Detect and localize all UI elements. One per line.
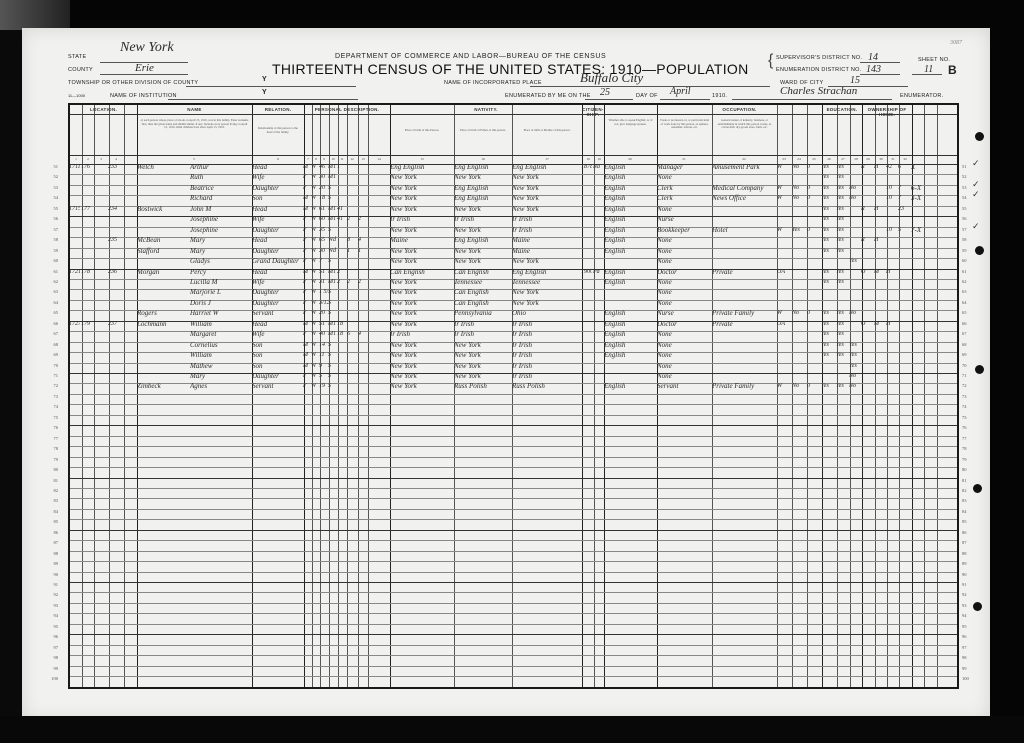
institution-value: Y	[262, 89, 267, 96]
cell-father-birth: Tennessee	[454, 277, 510, 287]
department-title: DEPARTMENT OF COMMERCE AND LABOR—BUREAU …	[335, 53, 606, 60]
cell-relation: Daughter	[252, 225, 300, 235]
cell-school: No	[849, 371, 860, 381]
cell-house: 177	[81, 204, 92, 214]
line-number-right: 55	[962, 206, 978, 211]
header-divider	[70, 114, 957, 115]
cell-read: Yes	[821, 214, 834, 224]
state-value: New York	[120, 40, 174, 56]
cell-relation: Daughter	[252, 298, 300, 308]
cell-farm: 10	[886, 193, 897, 203]
cell-relation: Wife	[252, 172, 300, 182]
cell-language: English	[604, 183, 654, 193]
column-divider	[358, 105, 359, 687]
cell-given: Gladys	[190, 256, 248, 266]
cell-birth: Eng English	[390, 162, 452, 172]
cell-surname: Rogers	[137, 308, 192, 318]
cell-sex: F	[303, 225, 310, 235]
row-divider	[70, 676, 957, 677]
county-line	[100, 74, 188, 75]
institution-label: NAME OF INSTITUTION	[110, 93, 177, 99]
cell-father-birth: New York	[454, 350, 510, 360]
cell-language: English	[604, 340, 654, 350]
row-divider	[70, 592, 957, 593]
column-number: 32	[900, 157, 910, 161]
cell-sex: M	[303, 193, 310, 203]
cell-surname: Welch	[137, 162, 192, 172]
cell-sex: F	[303, 329, 310, 339]
cell-write: Yes	[836, 183, 848, 193]
line-number-right: 89	[962, 561, 978, 566]
cell-read: Yes	[821, 267, 834, 277]
line-number-left: 66	[42, 321, 58, 326]
cell-age: 14	[319, 340, 328, 350]
line-number-right: 87	[962, 540, 978, 545]
cell-mother-birth: Russ Polish	[512, 381, 578, 391]
row-divider	[70, 551, 957, 552]
cell-father-birth: Eng English	[454, 162, 510, 172]
cell-school: Yes	[849, 256, 860, 266]
cell-write: Yes	[836, 246, 848, 256]
cell-father-birth: Can English	[454, 298, 510, 308]
cell-relation: Servant	[252, 308, 300, 318]
cell-language: English	[604, 204, 654, 214]
line-number-right: 65	[962, 310, 978, 315]
row-divider	[70, 519, 957, 520]
ward-line	[828, 86, 908, 87]
cell-age: 61	[319, 204, 328, 214]
cell-sex: F	[303, 381, 310, 391]
cell-birth: New York	[390, 298, 452, 308]
row-divider	[70, 666, 957, 667]
line-number-left: 75	[42, 415, 58, 420]
line-number-left: 95	[42, 624, 58, 629]
cell-mother-birth: Ir Irish	[512, 329, 578, 339]
cell-marital: S	[328, 371, 337, 381]
cell-color: W	[311, 340, 318, 350]
cell-relation: Head	[252, 319, 300, 329]
cell-father-birth: New York	[454, 340, 510, 350]
cell-born-children: 8	[347, 235, 356, 245]
line-number-left: 100	[42, 676, 58, 681]
line-number-left: 76	[42, 425, 58, 430]
cell-write: Yes	[836, 225, 848, 235]
cell-birth: New York	[390, 193, 452, 203]
cell-owned: O	[861, 267, 873, 277]
cell-color: W	[311, 162, 318, 172]
punch-hole	[973, 602, 982, 611]
cell-marital: S	[328, 340, 337, 350]
cell-immig: 1878	[581, 162, 592, 172]
column-divider	[862, 105, 863, 687]
cell-color: W	[311, 204, 318, 214]
section-title-citizenship: CITIZEN-SHIP.	[582, 107, 604, 117]
cell-age: 11	[319, 350, 328, 360]
cell-mother-birth: Tennessee	[512, 277, 578, 287]
cell-mother-birth: Maine	[512, 235, 578, 245]
cell-language: English	[604, 267, 654, 277]
line-number-left: 58	[42, 237, 58, 242]
cell-write: Yes	[836, 204, 848, 214]
cell-industry: News Office	[712, 193, 774, 203]
cell-write: Yes	[836, 308, 848, 318]
line-number-left: 74	[42, 404, 58, 409]
cell-trade: None	[657, 287, 709, 297]
cell-trade: None	[657, 350, 709, 360]
row-divider	[70, 425, 957, 426]
cell-relation: Son	[252, 361, 300, 371]
cell-age: 7	[319, 256, 328, 266]
cell-birth: New York	[390, 371, 452, 381]
column-number: 22	[739, 157, 749, 161]
cell-survivor: X	[911, 162, 941, 172]
cell-color: W	[311, 277, 318, 287]
cell-marital: Wd	[328, 246, 337, 256]
cell-trade: Nurse	[657, 308, 709, 318]
cell-given: Lucilla M	[190, 277, 248, 287]
cell-color: W	[311, 256, 318, 266]
enumerated-label: ENUMERATED BY ME ON THE	[505, 93, 591, 99]
cell-write: Yes	[836, 214, 848, 224]
cell-school: Yes	[849, 340, 860, 350]
cell-trade: None	[657, 329, 709, 339]
line-number-left: 70	[42, 363, 58, 368]
cell-read: Yes	[821, 350, 834, 360]
cell-industry: Private	[712, 319, 774, 329]
line-number-left: 98	[42, 655, 58, 660]
cell-write: Yes	[836, 172, 848, 182]
cell-emp: W	[777, 308, 789, 318]
punch-hole	[975, 365, 984, 374]
cell-surname: Lochmann	[137, 319, 192, 329]
cell-color: W	[311, 361, 318, 371]
cell-weeks: 0	[807, 162, 819, 172]
cell-relation: Daughter	[252, 371, 300, 381]
cell-read: Yes	[821, 308, 834, 318]
cell-father-birth: Eng English	[454, 235, 510, 245]
cell-father-birth: Pennsylvania	[454, 308, 510, 318]
cell-birth: New York	[390, 340, 452, 350]
cell-farm: 42	[886, 162, 897, 172]
line-number-right: 71	[962, 373, 978, 378]
cell-mother-birth: Ir Irish	[512, 319, 578, 329]
line-number-right: 97	[962, 645, 978, 650]
cell-trade: None	[657, 298, 709, 308]
sheet-value: 11	[924, 64, 933, 75]
cell-given: Mary	[190, 235, 248, 245]
cell-write: Yes	[836, 329, 848, 339]
line-number-left: 86	[42, 530, 58, 535]
cell-age: 46	[319, 162, 328, 172]
row-divider	[70, 582, 957, 583]
check-mark-icon: ✓	[972, 189, 980, 200]
cell-school: Yes	[849, 361, 860, 371]
cell-given: William	[190, 350, 248, 360]
cell-outwork: No	[792, 183, 804, 193]
cell-outwork: No	[792, 193, 804, 203]
cell-language: English	[604, 162, 654, 172]
line-number-left: 53	[42, 185, 58, 190]
column-number: 6	[273, 157, 283, 161]
cell-age: 18	[319, 193, 328, 203]
supervisor-district-label: SUPERVISOR'S DISTRICT NO.	[776, 55, 862, 61]
cell-marital: Wd	[328, 235, 337, 245]
line-number-left: 56	[42, 216, 58, 221]
cell-age: 30	[319, 172, 328, 182]
line-number-right: 98	[962, 655, 978, 660]
cell-read: Yes	[821, 246, 834, 256]
line-number-right: 90	[962, 572, 978, 577]
cell-sex: F	[303, 308, 310, 318]
cell-born-children: 2	[347, 214, 356, 224]
cell-emp: W	[777, 162, 789, 172]
enumeration-district-label: ENUMERATION DISTRICT NO.	[776, 67, 862, 73]
cell-birth: New York	[390, 381, 452, 391]
column-divider	[582, 105, 583, 687]
column-divider	[594, 105, 595, 687]
punch-hole	[973, 484, 982, 493]
column-divider	[347, 105, 348, 687]
cell-birth: Can English	[390, 267, 452, 277]
line-number-left: 91	[42, 582, 58, 587]
sheet-label: SHEET NO.	[918, 57, 950, 63]
cell-mother-birth: New York	[512, 183, 578, 193]
corner-stamp: 3087	[950, 40, 962, 46]
cell-given: Beatrice	[190, 183, 248, 193]
cell-surname: Stafford	[137, 246, 192, 256]
scan-top-border	[0, 0, 1024, 30]
cell-trade: None	[657, 204, 709, 214]
cell-read: Yes	[821, 235, 834, 245]
column-number: 3	[96, 157, 106, 161]
cell-industry: Private	[712, 267, 774, 277]
cell-relation: Head	[252, 162, 300, 172]
cell-given: Mary	[190, 371, 248, 381]
cell-sex: F	[303, 235, 310, 245]
cell-read: Yes	[821, 183, 834, 193]
cell-read: Yes	[821, 172, 834, 182]
cell-survivor: 7-X	[911, 225, 941, 235]
ward-value: 15	[850, 75, 860, 86]
column-header-name-desc: of each person whose place of abode on A…	[140, 119, 249, 152]
line-number-left: 90	[42, 572, 58, 577]
sheet-side: B	[948, 63, 957, 77]
cell-industry: Private Family	[712, 381, 774, 391]
cell-surname: Morgan	[137, 267, 192, 277]
column-number: 18	[583, 157, 593, 161]
cell-color: W	[311, 308, 318, 318]
cell-industry: Amusement Park	[712, 162, 774, 172]
cell-relation: Daughter	[252, 183, 300, 193]
cell-age: 65	[319, 235, 328, 245]
cell-mortgage: M	[874, 267, 885, 277]
cell-mother-birth: Ohio	[512, 308, 578, 318]
cell-language: English	[604, 329, 654, 339]
cell-birth: New York	[390, 308, 452, 318]
cell-marital: M1	[328, 267, 337, 277]
cell-sex: M	[303, 361, 310, 371]
cell-father-birth: Ir Irish	[454, 319, 510, 329]
cell-father-birth: Ir Irish	[454, 329, 510, 339]
line-number-left: 69	[42, 352, 58, 357]
cell-father-birth: New York	[454, 371, 510, 381]
cell-weeks: 0	[807, 183, 819, 193]
cell-survivor: 6-X	[911, 183, 941, 193]
cell-color: W	[311, 350, 318, 360]
column-number: 12	[347, 157, 357, 161]
cell-survivor: 3-X	[911, 193, 941, 203]
cell-school: Yes	[849, 350, 860, 360]
cell-write: Yes	[836, 277, 848, 287]
cell-sex: M	[303, 319, 310, 329]
cell-birth: New York	[390, 361, 452, 371]
line-number-right: 96	[962, 634, 978, 639]
cell-birth: New York	[390, 183, 452, 193]
cell-trade: Clerk	[657, 193, 709, 203]
cell-house: 178	[81, 267, 92, 277]
cell-born-children: 2	[347, 277, 356, 287]
cell-sex: F	[303, 298, 310, 308]
cell-marital: S	[328, 350, 337, 360]
cell-color: W	[311, 381, 318, 391]
line-number-right: 79	[962, 457, 978, 462]
cell-mother-birth: Ir Irish	[512, 371, 578, 381]
day-of-label: DAY OF	[636, 93, 658, 99]
line-number-right: 67	[962, 331, 978, 336]
cell-schedule: 6	[898, 162, 910, 172]
line-number-left: 63	[42, 289, 58, 294]
section-title-personal: PERSONAL DESCRIPTION.	[304, 107, 390, 112]
month-line	[660, 99, 710, 100]
cell-industry: Private Family	[712, 308, 774, 318]
scan-bottom-border	[0, 716, 1024, 743]
cell-emp: OA	[777, 319, 789, 329]
cell-sex: F	[303, 371, 310, 381]
row-divider	[70, 509, 957, 510]
cell-marital: S	[328, 298, 337, 308]
line-number-left: 60	[42, 258, 58, 263]
column-number: 20	[625, 157, 635, 161]
row-divider	[70, 613, 957, 614]
line-number-left: 65	[42, 310, 58, 315]
column-number: 2	[83, 157, 93, 161]
line-number-right: 75	[962, 415, 978, 420]
cell-sex: F	[303, 172, 310, 182]
row-divider	[70, 457, 957, 458]
cell-weeks: 0	[807, 193, 819, 203]
section-title-location: LOCATION.	[70, 107, 137, 112]
column-number: 4	[111, 157, 121, 161]
line-number-right: 86	[962, 530, 978, 535]
column-divider	[109, 105, 110, 687]
year-label: 1910.	[712, 93, 727, 99]
cell-age: 31	[319, 277, 328, 287]
section-title-name: NAME	[137, 107, 252, 112]
cell-given: Josephine	[190, 214, 248, 224]
incorporated-place-line	[530, 86, 770, 87]
cell-mother-birth: New York	[512, 204, 578, 214]
district-brace: {	[768, 52, 773, 70]
column-divider	[338, 105, 339, 687]
cell-outwork: No	[792, 308, 804, 318]
cell-yrs-married: 18	[337, 319, 346, 329]
column-number: 24	[794, 157, 804, 161]
cell-yrs-married: 2	[337, 267, 346, 277]
cell-trade: None	[657, 361, 709, 371]
line-number-left: 92	[42, 592, 58, 597]
cell-immig: 1900	[581, 267, 592, 277]
section-title-relation: RELATION.	[252, 107, 304, 112]
column-divider	[875, 105, 876, 687]
cell-age: 30	[319, 246, 328, 256]
township-value: Y	[262, 76, 267, 83]
column-divider	[124, 105, 125, 687]
column-number: 21	[679, 157, 689, 161]
cell-father-birth: New York	[454, 246, 510, 256]
column-header-trade: Trade or profession of, or particular ki…	[659, 119, 710, 152]
line-number-right: 61	[962, 269, 978, 274]
cell-language: English	[604, 381, 654, 391]
census-title: THIRTEENTH CENSUS OF THE UNITED STATES: …	[272, 61, 749, 77]
cell-relation: Head	[252, 267, 300, 277]
cell-language: English	[604, 193, 654, 203]
line-number-right: 88	[962, 551, 978, 556]
cell-sex: F	[303, 277, 310, 287]
line-number-left: 68	[42, 342, 58, 347]
cell-trade: None	[657, 172, 709, 182]
line-number-left: 88	[42, 551, 58, 556]
cell-marital: S	[328, 183, 337, 193]
cell-school: No	[849, 183, 860, 193]
cell-street: 1721	[69, 267, 80, 277]
line-number-left: 57	[42, 227, 58, 232]
column-header-industry: General nature of industry, business, or…	[714, 119, 775, 152]
cell-mortgage: H	[874, 162, 885, 172]
cell-sex: M	[303, 340, 310, 350]
cell-read: Yes	[821, 329, 834, 339]
enumerator-line	[732, 99, 892, 100]
line-number-left: 71	[42, 373, 58, 378]
cell-birth: Maine	[390, 235, 452, 245]
cell-outwork: No	[792, 162, 804, 172]
row-divider	[70, 634, 957, 635]
cell-living-children: 2	[358, 277, 366, 287]
line-number-right: 95	[962, 624, 978, 629]
cell-yrs-married: 1	[337, 162, 346, 172]
cell-trade: None	[657, 371, 709, 381]
enumerated-month: April	[670, 86, 691, 97]
cell-relation: Head	[252, 204, 300, 214]
line-number-left: 82	[42, 488, 58, 493]
cell-color: W	[311, 214, 318, 224]
cell-school: No	[849, 193, 860, 203]
cell-dwelling: 233	[108, 162, 122, 172]
cell-read: Yes	[821, 162, 834, 172]
section-title-nativity: NATIVITY.	[390, 107, 582, 112]
line-number-right: 76	[962, 425, 978, 430]
line-number-left: 64	[42, 300, 58, 305]
column-number: 25	[809, 157, 819, 161]
column-number: 23	[779, 157, 789, 161]
column-number: 31	[888, 157, 898, 161]
cell-write: Yes	[836, 193, 848, 203]
cell-mother-birth: Ir Irish	[512, 340, 578, 350]
cell-marital: S	[328, 308, 337, 318]
cell-given: Percy	[190, 267, 248, 277]
line-number-right: 80	[962, 467, 978, 472]
cell-read: Yes	[821, 193, 834, 203]
cell-trade: None	[657, 235, 709, 245]
